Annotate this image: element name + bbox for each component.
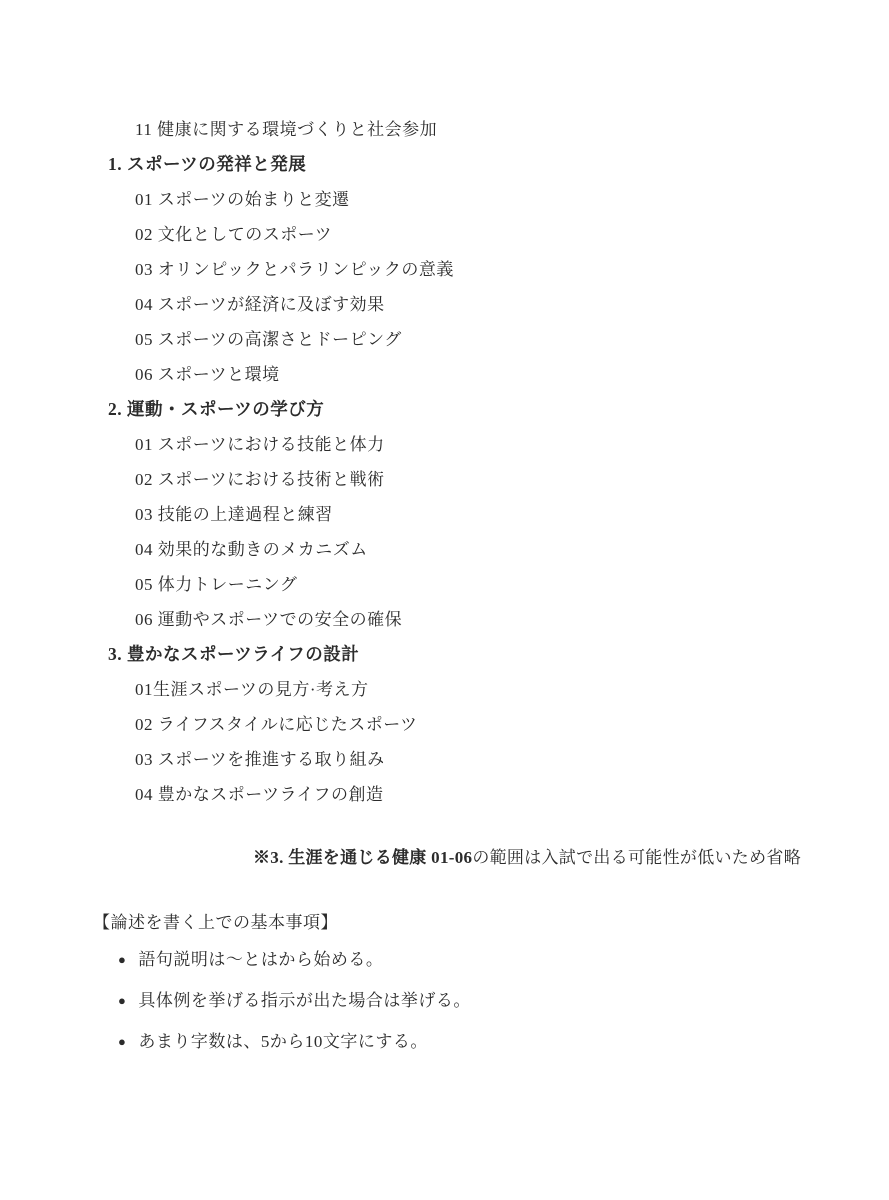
- toc-item: 01 スポーツの始まりと変遷: [135, 182, 889, 217]
- omission-note-bold: ※3. 生涯を通じる健康 01-06: [253, 848, 472, 867]
- section-3-heading: 3. 豊かなスポーツライフの設計: [108, 637, 889, 672]
- toc-item: 04 豊かなスポーツライフの創造: [135, 777, 889, 812]
- toc-item: 04 スポーツが経済に及ぼす効果: [135, 287, 889, 322]
- toc-item: 03 オリンピックとパラリンピックの意義: [135, 252, 889, 287]
- bullet-item: ● あまり字数は、5から10文字にする。: [118, 1022, 889, 1063]
- section-1-heading: 1. スポーツの発祥と発展: [108, 147, 889, 182]
- bullet-icon: ●: [118, 981, 126, 1021]
- omission-note: ※3. 生涯を通じる健康 01-06の範囲は入試で出る可能性が低いため省略: [253, 840, 889, 875]
- bullet-text: 語句説明は〜とはから始める。: [138, 940, 383, 980]
- omission-note-rest: の範囲は入試で出る可能性が低いため省略: [472, 848, 801, 867]
- bullet-icon: ●: [118, 940, 126, 980]
- bullet-text: 具体例を挙げる指示が出た場合は挙げる。: [138, 981, 471, 1021]
- toc-item: 03 技能の上達過程と練習: [135, 497, 889, 532]
- toc-item: 06 運動やスポーツでの安全の確保: [135, 602, 889, 637]
- basics-heading: 【論述を書く上での基本事項】: [93, 905, 889, 940]
- toc-item: 01生涯スポーツの見方·考え方: [135, 672, 889, 707]
- bullet-item: ● 語句説明は〜とはから始める。: [118, 940, 889, 981]
- section-2-heading: 2. 運動・スポーツの学び方: [108, 392, 889, 427]
- bullet-item: ● 具体例を挙げる指示が出た場合は挙げる。: [118, 981, 889, 1022]
- toc-item: 02 スポーツにおける技術と戦術: [135, 462, 889, 497]
- toc-item: 02 ライフスタイルに応じたスポーツ: [135, 707, 889, 742]
- toc-item: 05 体力トレーニング: [135, 567, 889, 602]
- toc-item: 03 スポーツを推進する取り組み: [135, 742, 889, 777]
- toc-item: 11 健康に関する環境づくりと社会参加: [135, 112, 889, 147]
- toc-item: 05 スポーツの高潔さとドーピング: [135, 322, 889, 357]
- document-page: 11 健康に関する環境づくりと社会参加 1. スポーツの発祥と発展 01 スポー…: [0, 0, 889, 1200]
- bullet-icon: ●: [118, 1022, 126, 1062]
- toc-item: 02 文化としてのスポーツ: [135, 217, 889, 252]
- toc-item: 06 スポーツと環境: [135, 357, 889, 392]
- toc-item: 01 スポーツにおける技能と体力: [135, 427, 889, 462]
- document-content: 11 健康に関する環境づくりと社会参加 1. スポーツの発祥と発展 01 スポー…: [0, 0, 889, 1063]
- bullet-text: あまり字数は、5から10文字にする。: [138, 1022, 428, 1062]
- toc-item: 04 効果的な動きのメカニズム: [135, 532, 889, 567]
